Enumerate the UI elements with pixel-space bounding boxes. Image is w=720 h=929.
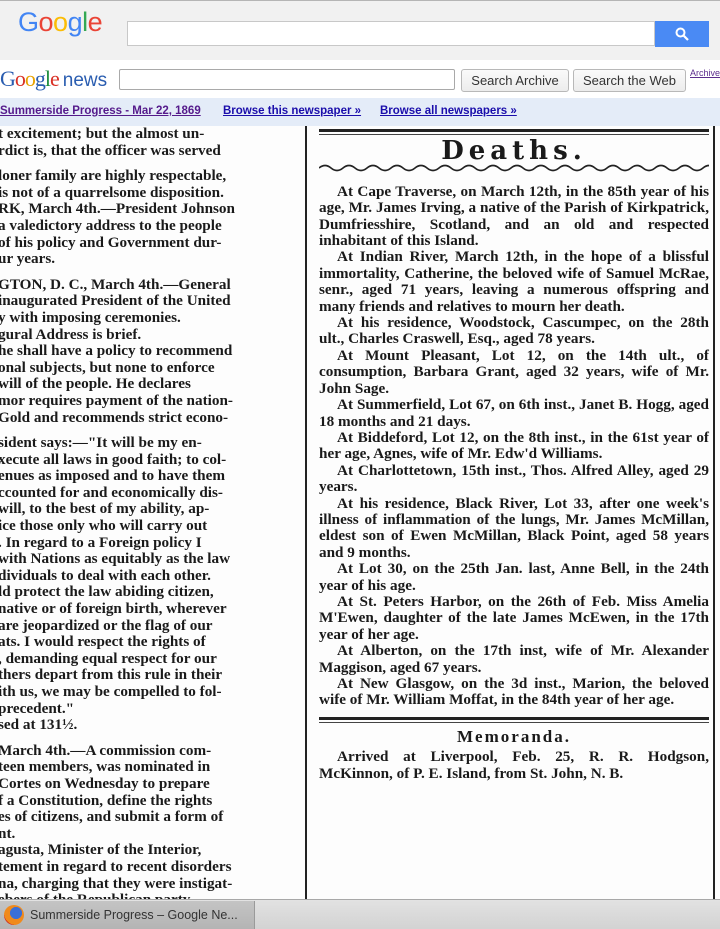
article-line: . In regard to a Foreign policy I [0, 535, 298, 552]
paragraph-gap [0, 268, 298, 277]
column-top-rule [319, 129, 709, 132]
paragraph-gap [0, 426, 298, 435]
breadcrumb: Summerside Progress - Mar 22, 1869 Brows… [0, 98, 720, 127]
paragraph-gap [0, 734, 298, 743]
newspaper-page-viewer[interactable]: t excitement; but the almost un-rdict is… [0, 126, 720, 899]
newspaper-issue-link[interactable]: Summerside Progress - Mar 22, 1869 [0, 105, 201, 117]
article-line: f a Constitution, define the rights [0, 793, 298, 810]
search-archive-button[interactable]: Search Archive [461, 69, 569, 92]
logo-letter: o [53, 7, 68, 38]
section-thin-rule [319, 722, 709, 723]
death-notice: At Lot 30, on the 25th Jan. last, Anne B… [319, 561, 709, 594]
article-line: GTON, D. C., March 4th.—General [0, 277, 298, 294]
article-line: xecute all laws in good faith; to col- [0, 452, 298, 469]
logo-letter: o [39, 7, 54, 38]
article-line: loner family are highly respectable, [0, 168, 298, 185]
article-line: gural Address is brief. [0, 327, 298, 344]
article-line: RK, March 4th.—President Johnson [0, 201, 298, 218]
column-divider [305, 126, 307, 899]
section-rule [319, 717, 709, 720]
left-news-column: t excitement; but the almost un-rdict is… [0, 126, 298, 899]
logo-letter: o [15, 66, 25, 91]
article-line: precedent." [0, 701, 298, 718]
death-notice: At New Glasgow, on the 3d inst., Marion,… [319, 676, 709, 709]
logo-letter: g [35, 66, 45, 91]
article-line: onal subjects, but none to enforce [0, 360, 298, 377]
archive-search-field[interactable] [119, 69, 455, 90]
article-line: na, charging that they were instigat- [0, 876, 298, 893]
memoranda-item: Arrived at Liverpool, Feb. 25, R. R. Hod… [319, 749, 709, 782]
google-search-button[interactable] [655, 21, 709, 47]
article-line: will of the people. He declares [0, 376, 298, 393]
deaths-column: Deaths. At Cape Traverse, on March 12th,… [319, 126, 709, 782]
article-line: ccounted for and economically dis- [0, 485, 298, 502]
article-line: thers depart from this rule in their [0, 667, 298, 684]
article-line: will, to the best of my ability, ap- [0, 501, 298, 518]
google-search-field[interactable] [127, 21, 655, 46]
death-notice: At St. Peters Harbor, on the 26th of Feb… [319, 594, 709, 643]
logo-word-news: news [63, 70, 107, 91]
logo-letter: e [50, 66, 59, 91]
death-notice: At Mount Pleasant, Lot 12, on the 14th u… [319, 348, 709, 397]
archive-link[interactable]: Archive [690, 68, 720, 78]
article-line: ats. I would respect the rights of [0, 634, 298, 651]
article-line: sed at 131½. [0, 717, 298, 734]
death-notice: At his residence, Woodstock, Cascumpec, … [319, 315, 709, 348]
article-line: native or of foreign birth, wherever [0, 601, 298, 618]
google-search-bar: Google [0, 0, 720, 61]
article-line: ld protect the law abiding citizen, [0, 584, 298, 601]
column-divider [713, 126, 715, 899]
death-notice: At his residence, Black River, Lot 33, a… [319, 496, 709, 562]
article-line: mor requires payment of the nation- [0, 393, 298, 410]
logo-letter: G [18, 7, 39, 38]
google-logo[interactable]: Google [18, 7, 102, 38]
wavy-divider [319, 163, 709, 173]
article-line: of his policy and Government dur- [0, 235, 298, 252]
firefox-icon [4, 905, 24, 925]
article-line: tement in regard to recent disorders [0, 859, 298, 876]
article-line: ice those only who will carry out [0, 518, 298, 535]
article-line: dividuals to deal with each other. [0, 568, 298, 585]
article-line: ith us, we may be compelled to fol- [0, 684, 298, 701]
article-line: ebers of the Republican party. [0, 892, 298, 899]
memoranda-heading: Memoranda. [319, 729, 709, 745]
article-line: y with imposing ceremonies. [0, 310, 298, 327]
death-notice: At Indian River, March 12th, in the hope… [319, 249, 709, 315]
google-search-input[interactable] [128, 22, 658, 47]
logo-letter: o [25, 66, 35, 91]
taskbar: Summerside Progress – Google Ne... [0, 899, 720, 929]
death-notice: At Biddeford, Lot 12, on the 8th inst., … [319, 430, 709, 463]
archive-search-input[interactable] [120, 70, 458, 91]
article-line: March 4th.—A commission com- [0, 743, 298, 760]
taskbar-item-firefox[interactable]: Summerside Progress – Google Ne... [0, 901, 255, 929]
logo-letter: G [0, 66, 15, 91]
article-line: a valedictory address to the people [0, 218, 298, 235]
logo-letter: g [68, 7, 83, 38]
deaths-list: At Cape Traverse, on March 12th, in the … [319, 184, 709, 709]
memoranda-list: Arrived at Liverpool, Feb. 25, R. R. Hod… [319, 749, 709, 782]
browse-all-newspapers-link[interactable]: Browse all newspapers » [380, 105, 517, 117]
logo-letter: e [88, 7, 103, 38]
death-notice: At Cape Traverse, on March 12th, in the … [319, 184, 709, 250]
article-line: rdict is, that the officer was served [0, 143, 298, 160]
article-line: agusta, Minister of the Interior, [0, 842, 298, 859]
article-line: es of citizens, and submit a form of [0, 809, 298, 826]
column-top-thin-rule [319, 134, 709, 135]
death-notice: At Summerfield, Lot 67, on 6th inst., Ja… [319, 397, 709, 430]
browse-this-newspaper-link[interactable]: Browse this newspaper » [223, 105, 361, 117]
article-line: nt. [0, 826, 298, 843]
death-notice: At Alberton, on the 17th inst, wife of M… [319, 643, 709, 676]
search-web-button[interactable]: Search the Web [573, 69, 686, 92]
article-line: ur years. [0, 251, 298, 268]
search-icon [675, 27, 689, 41]
article-line: t excitement; but the almost un- [0, 126, 298, 143]
paragraph-gap [0, 159, 298, 168]
article-line: teen members, was nominated in [0, 759, 298, 776]
article-line: inaugurated President of the United [0, 293, 298, 310]
article-line: is not of a quarrelsome disposition. [0, 185, 298, 202]
article-line: are jeopardized or the flag of our [0, 618, 298, 635]
deaths-heading: Deaths. [319, 143, 709, 159]
google-news-logo[interactable]: Googlenews [0, 66, 107, 92]
article-line: enues as imposed and to have them [0, 468, 298, 485]
death-notice: At Charlottetown, 15th inst., Thos. Alfr… [319, 463, 709, 496]
article-line: sident says:—"It will be my en- [0, 435, 298, 452]
article-line: , demanding equal respect for our [0, 651, 298, 668]
article-line: Cortes on Wednesday to prepare [0, 776, 298, 793]
taskbar-item-label: Summerside Progress – Google Ne... [30, 908, 238, 922]
article-line: Gold and recommends strict econo- [0, 410, 298, 427]
article-line: with Nations as equitably as the law [0, 551, 298, 568]
article-line: he shall have a policy to recommend [0, 343, 298, 360]
